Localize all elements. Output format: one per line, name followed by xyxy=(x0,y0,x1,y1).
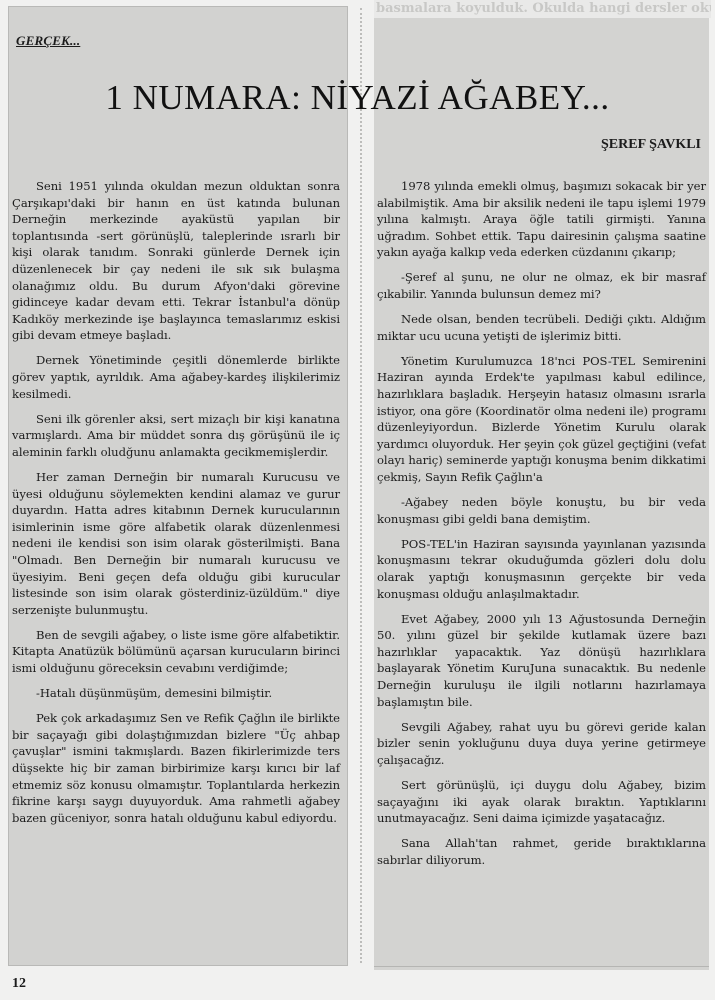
paragraph: Sevgili Ağabey, rahat uyu bu görevi geri… xyxy=(377,719,706,769)
article-author: ŞEREF ŞAVKLI xyxy=(601,137,701,153)
page-number: 12 xyxy=(12,976,26,992)
magazine-page: basmalara koyulduk. Okulda hangi dersler… xyxy=(0,0,715,1000)
paragraph: Nede olsan, benden tecrübeli. Dediği çık… xyxy=(377,311,706,344)
paragraph: POS-TEL'in Haziran sayısında yayınlanan … xyxy=(377,536,706,602)
bottom-rule xyxy=(374,966,709,967)
paragraph: Pek çok arkadaşımız Sen ve Refik Çağlın … xyxy=(12,710,340,826)
section-label: GERÇEK... xyxy=(16,33,80,49)
paragraph: Sana Allah'tan rahmet, geride bıraktıkla… xyxy=(377,835,706,868)
column-divider xyxy=(360,8,362,963)
paragraph: Her zaman Derneğin bir numaralı Kurucusu… xyxy=(12,469,340,618)
paragraph: Seni 1951 yılında okuldan mezun olduktan… xyxy=(12,178,340,344)
article-title: 1 NUMARA: NİYAZİ AĞABEY... xyxy=(0,78,715,118)
paragraph: Ben de sevgili ağabey, o liste isme göre… xyxy=(12,627,340,677)
paragraph: -Şeref al şunu, ne olur ne olmaz, ek bir… xyxy=(377,269,706,302)
paragraph: -Hatalı düşünmüşüm, demesini bilmiştir. xyxy=(12,685,340,702)
right-column: 1978 yılında emekli olmuş, başımızı soka… xyxy=(377,178,706,868)
left-column: Seni 1951 yılında okuldan mezun olduktan… xyxy=(12,178,340,826)
paragraph: Seni ilk görenler aksi, sert mizaçlı bir… xyxy=(12,411,340,461)
paragraph: 1978 yılında emekli olmuş, başımızı soka… xyxy=(377,178,706,261)
paragraph: Evet Ağabey, 2000 yılı 13 Ağustosunda De… xyxy=(377,611,706,711)
paragraph: Sert görünüşlü, içi duygu dolu Ağabey, b… xyxy=(377,777,706,827)
paragraph: Yönetim Kurulumuzca 18'nci POS-TEL Semir… xyxy=(377,353,706,486)
paragraph: -Ağabey neden böyle konuştu, bu bir veda… xyxy=(377,494,706,527)
bleed-through-text: basmalara koyulduk. Okulda hangi dersler… xyxy=(374,0,711,18)
paragraph: Dernek Yönetiminde çeşitli dönemlerde bi… xyxy=(12,352,340,402)
